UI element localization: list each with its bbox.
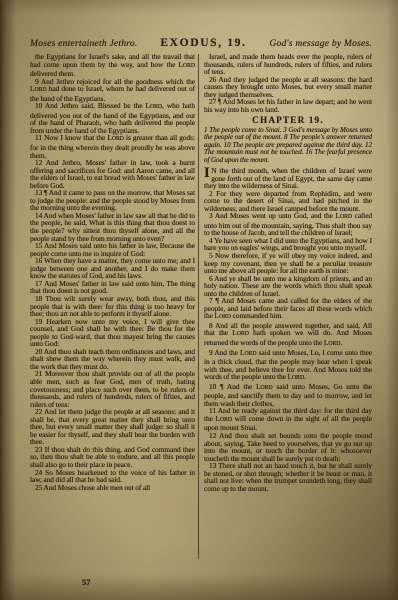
verse: 2 For they were departed from Rephidim, …	[204, 190, 372, 213]
text-columns: the Egyptians for Israel's sake, and all…	[30, 53, 372, 581]
running-head-right: God's message by Moses.	[269, 38, 372, 49]
verse: 21 Moreover thou shalt provide out of al…	[30, 370, 195, 408]
verse: 10 ¶ And the LORD said unto Moses, Go un…	[204, 383, 372, 408]
verse: 8 And all the people answered together, …	[204, 322, 372, 349]
column-divider-rule	[198, 54, 199, 559]
verse: 13 ¶ And it came to pass on the morrow, …	[30, 189, 195, 212]
chapter-first-verse: IN the third month, when the children of…	[204, 167, 372, 190]
verse: 14 And when Moses' father in law saw all…	[30, 212, 195, 242]
page-number: 57	[82, 578, 90, 587]
verse: 5 Now therefore, if ye will obey my voic…	[204, 252, 372, 275]
verse: 26 And they judged the people at all sea…	[204, 76, 372, 99]
chapter-heading: CHAPTER 19.	[204, 117, 372, 125]
bible-scan-page: Moses entertaineth Jethro. EXODUS, 19. G…	[0, 0, 398, 600]
verse: 17 And Moses' father in law said unto hi…	[30, 280, 195, 295]
running-head-title: EXODUS, 19.	[160, 36, 246, 49]
verse: 12 And thou shalt set bounds unto the pe…	[204, 432, 372, 462]
verse: 15 And Moses said unto his father in law…	[30, 242, 195, 257]
verse: 3 And Moses went up unto God, and the LO…	[204, 212, 372, 237]
verse: 9 And the LORD said unto Moses, Lo, I co…	[204, 349, 372, 383]
running-head: Moses entertaineth Jethro. EXODUS, 19. G…	[30, 36, 372, 50]
chapter19-verses: 2 For they were departed from Rephidim, …	[204, 190, 372, 493]
verse: 16 When they have a matter, they come un…	[30, 257, 195, 280]
verse: 24 So Moses hearkened to the voice of hi…	[30, 469, 195, 484]
verse: 4 Ye have seen what I did unto the Egypt…	[204, 237, 372, 252]
verse: 25 And Moses chose able men out of all	[30, 484, 195, 492]
verse: 7 ¶ And Moses came and called for the el…	[204, 297, 372, 322]
verse: 12 And Jethro, Moses' father in law, too…	[30, 159, 195, 189]
left-column: the Egyptians for Israel's sake, and all…	[30, 53, 195, 581]
chapter18-end-verses: Israel, and made them heads over the peo…	[204, 53, 372, 113]
verse: 18 Thou wilt surely wear away, both thou…	[30, 295, 195, 318]
first-verse-text: N the third month, when the children of …	[204, 166, 372, 190]
verse: Israel, and made them heads over the peo…	[204, 53, 372, 76]
right-column: Israel, and made them heads over the peo…	[204, 53, 372, 581]
running-head-left: Moses entertaineth Jethro.	[30, 38, 137, 49]
verse: 10 And Jethro said, Blessed be the LORD,…	[30, 102, 195, 134]
verse: 11 And be ready against the third day: f…	[204, 407, 372, 432]
verse: 27 ¶ And Moses let his father in law dep…	[204, 98, 372, 113]
verse: 22 And let them judge the people at all …	[30, 408, 195, 446]
verse: 13 There shall not an hand touch it, but…	[204, 462, 372, 492]
verse: 23 If thou shalt do this thing, and God …	[30, 446, 195, 469]
verse: 20 And thou shalt teach them ordinances …	[30, 348, 195, 371]
verse: 6 And ye shall be unto me a kingdom of p…	[204, 275, 372, 298]
verse: 19 Hearken now unto my voice, I will giv…	[30, 318, 195, 348]
verse: the Egyptians for Israel's sake, and all…	[30, 53, 195, 78]
chapter-summary: 1 The people come to Sinai. 3 God's mess…	[204, 127, 372, 164]
verse: 11 Now I know that the LORD is greater t…	[30, 134, 195, 159]
verse: 9 And Jethro rejoiced for all the goodne…	[30, 78, 195, 103]
